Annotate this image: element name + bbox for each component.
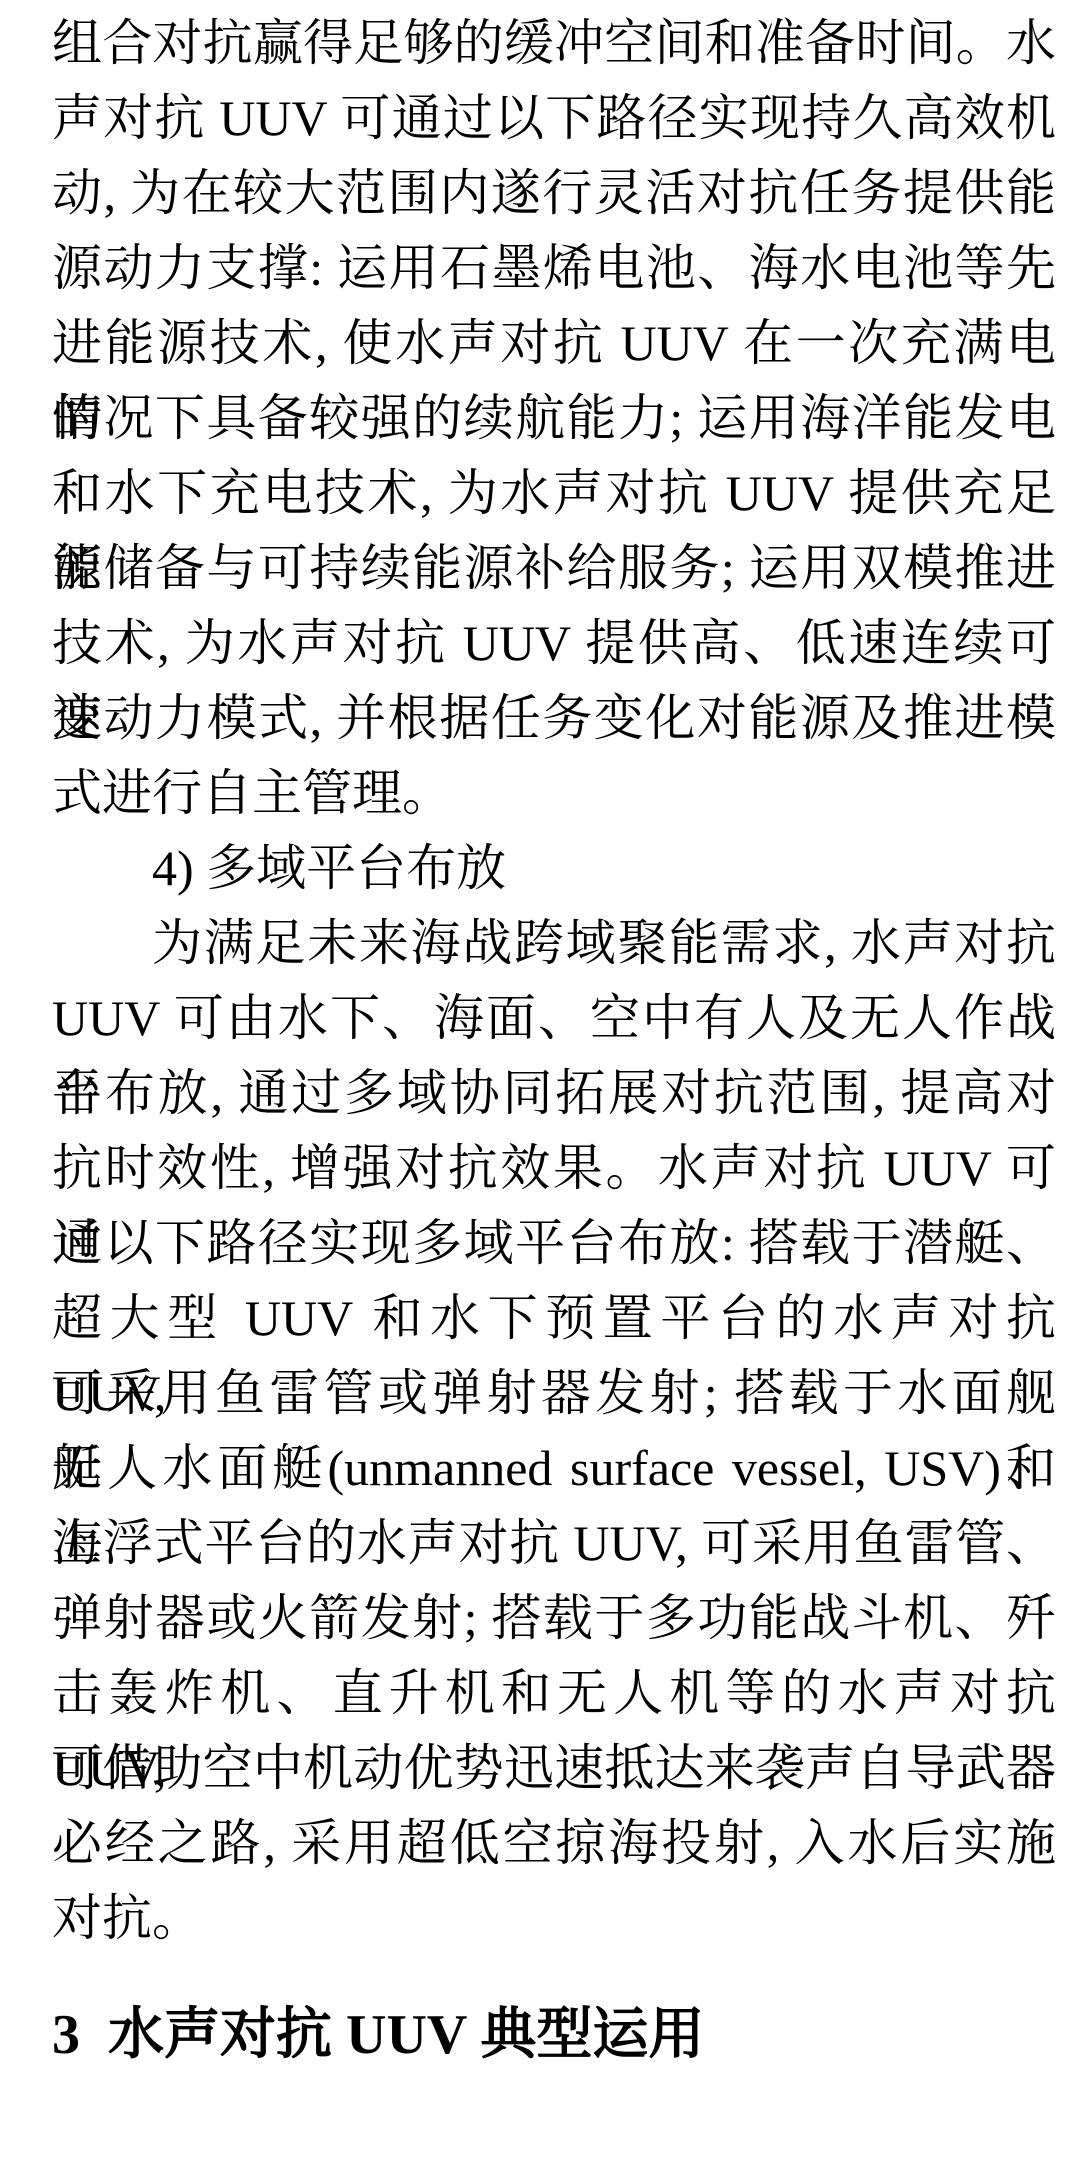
section-title: 水声对抗 UUV 典型运用: [108, 2004, 704, 2066]
text-line: 可采用鱼雷管或弹射器发射; 搭载于水面舰艇、: [52, 1356, 1056, 1431]
text-line: 源动力支撑: 运用石墨烯电池、海水电池等先: [52, 231, 1056, 306]
section-number: 3: [52, 2004, 80, 2066]
text-line: 击轰炸机、直升机和无人机等的水声对抗 UUV,: [52, 1656, 1056, 1731]
text-line: 对抗。: [52, 1881, 1056, 1956]
text-line: 和水下充电技术, 为水声对抗 UUV 提供充足能: [52, 456, 1056, 531]
text-line: 台布放, 通过多域协同拓展对抗范围, 提高对: [52, 1056, 1056, 1131]
text-line: 声对抗 UUV 可通过以下路径实现持久高效机: [52, 81, 1056, 156]
text-line: 式进行自主管理。: [52, 756, 1056, 831]
text-line: 超大型 UUV 和水下预置平台的水声对抗 UUV,: [52, 1281, 1056, 1356]
text-line: 过以下路径实现多域平台布放: 搭载于潜艇、: [52, 1206, 1056, 1281]
section-heading: 3水声对抗 UUV 典型运用: [52, 1994, 1056, 2076]
text-line: 可借助空中机动优势迅速抵达来袭声自导武器: [52, 1731, 1056, 1806]
text-line: 动, 为在较大范围内遂行灵活对抗任务提供能: [52, 156, 1056, 231]
text-line: 上浮式平台的水声对抗 UUV, 可采用鱼雷管、: [52, 1506, 1056, 1581]
text-line: 无人水面艇(unmanned surface vessel, USV)和海: [52, 1431, 1056, 1506]
text-line: 为满足未来海战跨域聚能需求, 水声对抗: [52, 906, 1056, 981]
text-line: 进能源技术, 使水声对抗 UUV 在一次充满电的: [52, 306, 1056, 381]
body-text: 组合对抗赢得足够的缓冲空间和准备时间。水声对抗 UUV 可通过以下路径实现持久高…: [52, 6, 1056, 2076]
text-line: 组合对抗赢得足够的缓冲空间和准备时间。水: [52, 6, 1056, 81]
text-line: 4) 多域平台布放: [52, 831, 1056, 906]
text-line: 技术, 为水声对抗 UUV 提供高、低速连续可变: [52, 606, 1056, 681]
text-line: 速动力模式, 并根据任务变化对能源及推进模: [52, 681, 1056, 756]
text-line: 必经之路, 采用超低空掠海投射, 入水后实施: [52, 1806, 1056, 1881]
document-page: 组合对抗赢得足够的缓冲空间和准备时间。水声对抗 UUV 可通过以下路径实现持久高…: [0, 0, 1080, 2160]
text-line: 情况下具备较强的续航能力; 运用海洋能发电: [52, 381, 1056, 456]
text-line: 弹射器或火箭发射; 搭载于多功能战斗机、歼: [52, 1581, 1056, 1656]
text-line: 抗时效性, 增强对抗效果。水声对抗 UUV 可通: [52, 1131, 1056, 1206]
text-line: 源储备与可持续能源补给服务; 运用双模推进: [52, 531, 1056, 606]
text-line: UUV 可由水下、海面、空中有人及无人作战平: [52, 981, 1056, 1056]
